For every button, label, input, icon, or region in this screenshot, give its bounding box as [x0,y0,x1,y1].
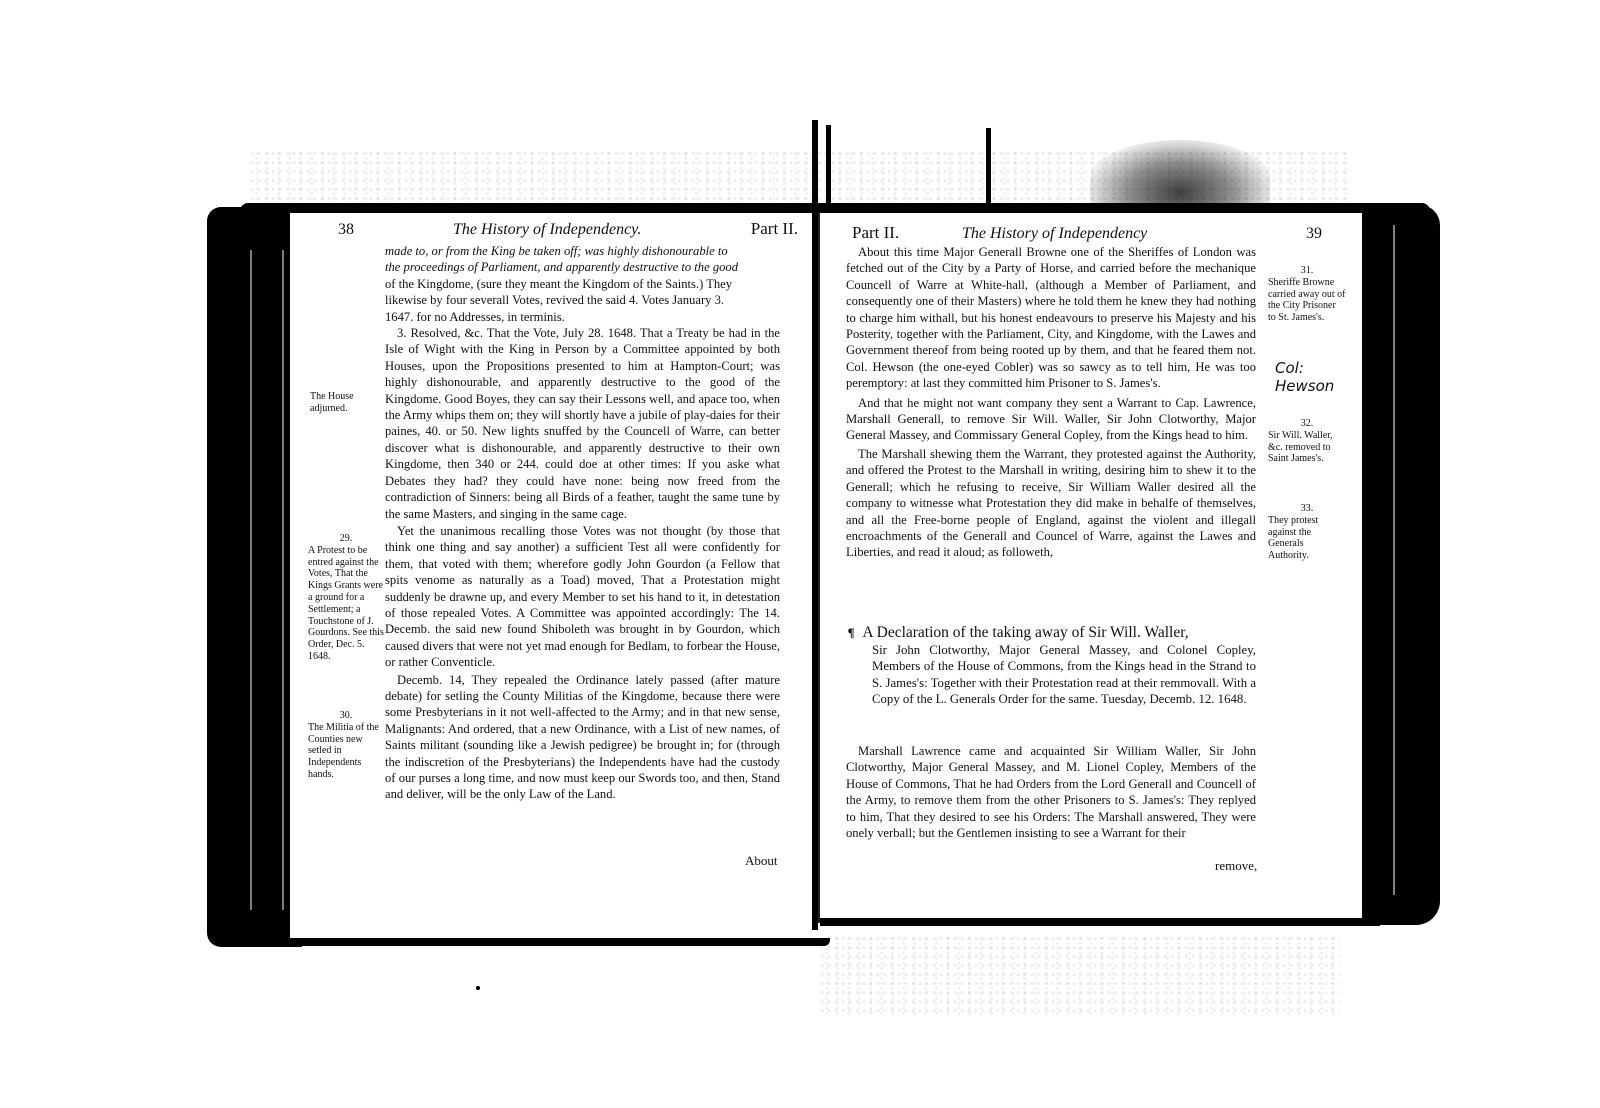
part-label: Part II. [751,219,798,239]
paragraph: And that he might not want company they … [846,395,1256,444]
paragraph: The Marshall shewing them the Warrant, t… [846,446,1256,561]
declaration-heading: ¶A Declaration of the taking away of Sir… [848,625,1256,708]
margin-note: 33. They protest against the Generals Au… [1268,503,1346,562]
margin-note-text: Sir Will. Waller, &c. removed to Saint J… [1268,430,1333,465]
closing-paragraph-block: Marshall Lawrence came and acquainted Si… [846,743,1256,841]
left-page-header: 38 The History of Independency. Part II. [338,219,798,239]
margin-note-text: A Protest to be entred against the Votes… [308,545,384,662]
text-line: 1647. for no Addresses, in terminis. [385,309,780,325]
declaration-lead: A Declaration of the taking away of Sir … [862,624,1188,641]
paragraph-mark-icon: ¶ [848,626,854,640]
running-title: The History of Independency [962,225,1306,243]
handwritten-annotation: Col: Hewson [1275,359,1362,395]
catchword: About [745,853,778,869]
paragraph: About this time Major Generall Browne on… [846,244,1256,392]
book-cover-bottom-left [230,938,830,946]
left-page: 38 The History of Independency. Part II.… [290,213,815,938]
book-cover-right [1358,205,1440,925]
catchword: remove, [1215,858,1257,874]
cover-edge-line [1393,225,1395,895]
right-page-body: About this time Major Generall Browne on… [846,244,1256,561]
page-number: 39 [1306,225,1322,243]
scan-noise-bottom [820,935,1340,1015]
paragraph: Decemb. 14, They repealed the Ordinance … [385,672,780,803]
margin-note-text: They protest against the Generals Author… [1268,515,1318,561]
paragraph: Yet the unanimous recalling those Votes … [385,523,780,671]
margin-note-number: 30. [308,710,384,722]
running-title: The History of Independency. [453,221,751,239]
paragraph: 3. Resolved, &c. That the Vote, July 28.… [385,325,780,522]
margin-note: 31. Sheriffe Browne carried away out of … [1268,265,1346,324]
margin-note: 32. Sir Will. Waller, &c. removed to Sai… [1268,418,1346,465]
book-cover-bottom-right [820,918,1380,926]
margin-note-number: 33. [1268,503,1346,515]
margin-note-text: The Militia of the Counties new setled i… [308,722,379,780]
scan-speck [476,986,480,990]
margin-note: The House adjurned. [310,391,385,415]
text-line: of the Kingdome, (sure they meant the Ki… [385,276,780,292]
cover-edge-line [250,250,252,910]
page-number: 38 [338,221,453,239]
right-page-header: Part II. The History of Independency 39 [852,223,1322,243]
declaration-text: Sir John Clotworthy, Major General Masse… [848,642,1256,708]
margin-note: 30. The Militia of the Counties new setl… [308,710,384,781]
cover-edge-line [282,250,284,910]
margin-note-text: Sheriffe Browne carried away out of the … [1268,277,1345,323]
book-cover-left [207,207,302,947]
text-line: made to, or from the King be taken off; … [385,243,780,259]
right-page: Part II. The History of Independency 39 … [820,213,1362,918]
left-page-body: made to, or from the King be taken off; … [385,243,780,803]
margin-note-number: 31. [1268,265,1346,277]
margin-note-number: 29. [308,533,384,545]
margin-note-text: The House adjurned. [310,391,354,414]
margin-note: 29. A Protest to be entred against the V… [308,533,384,663]
paragraph: Marshall Lawrence came and acquainted Si… [846,743,1256,841]
text-line: likewise by four severall Votes, revived… [385,292,780,308]
text-line: the proceedings of Parliament, and appar… [385,259,780,275]
margin-note-number: 32. [1268,418,1346,430]
part-label: Part II. [852,223,962,243]
